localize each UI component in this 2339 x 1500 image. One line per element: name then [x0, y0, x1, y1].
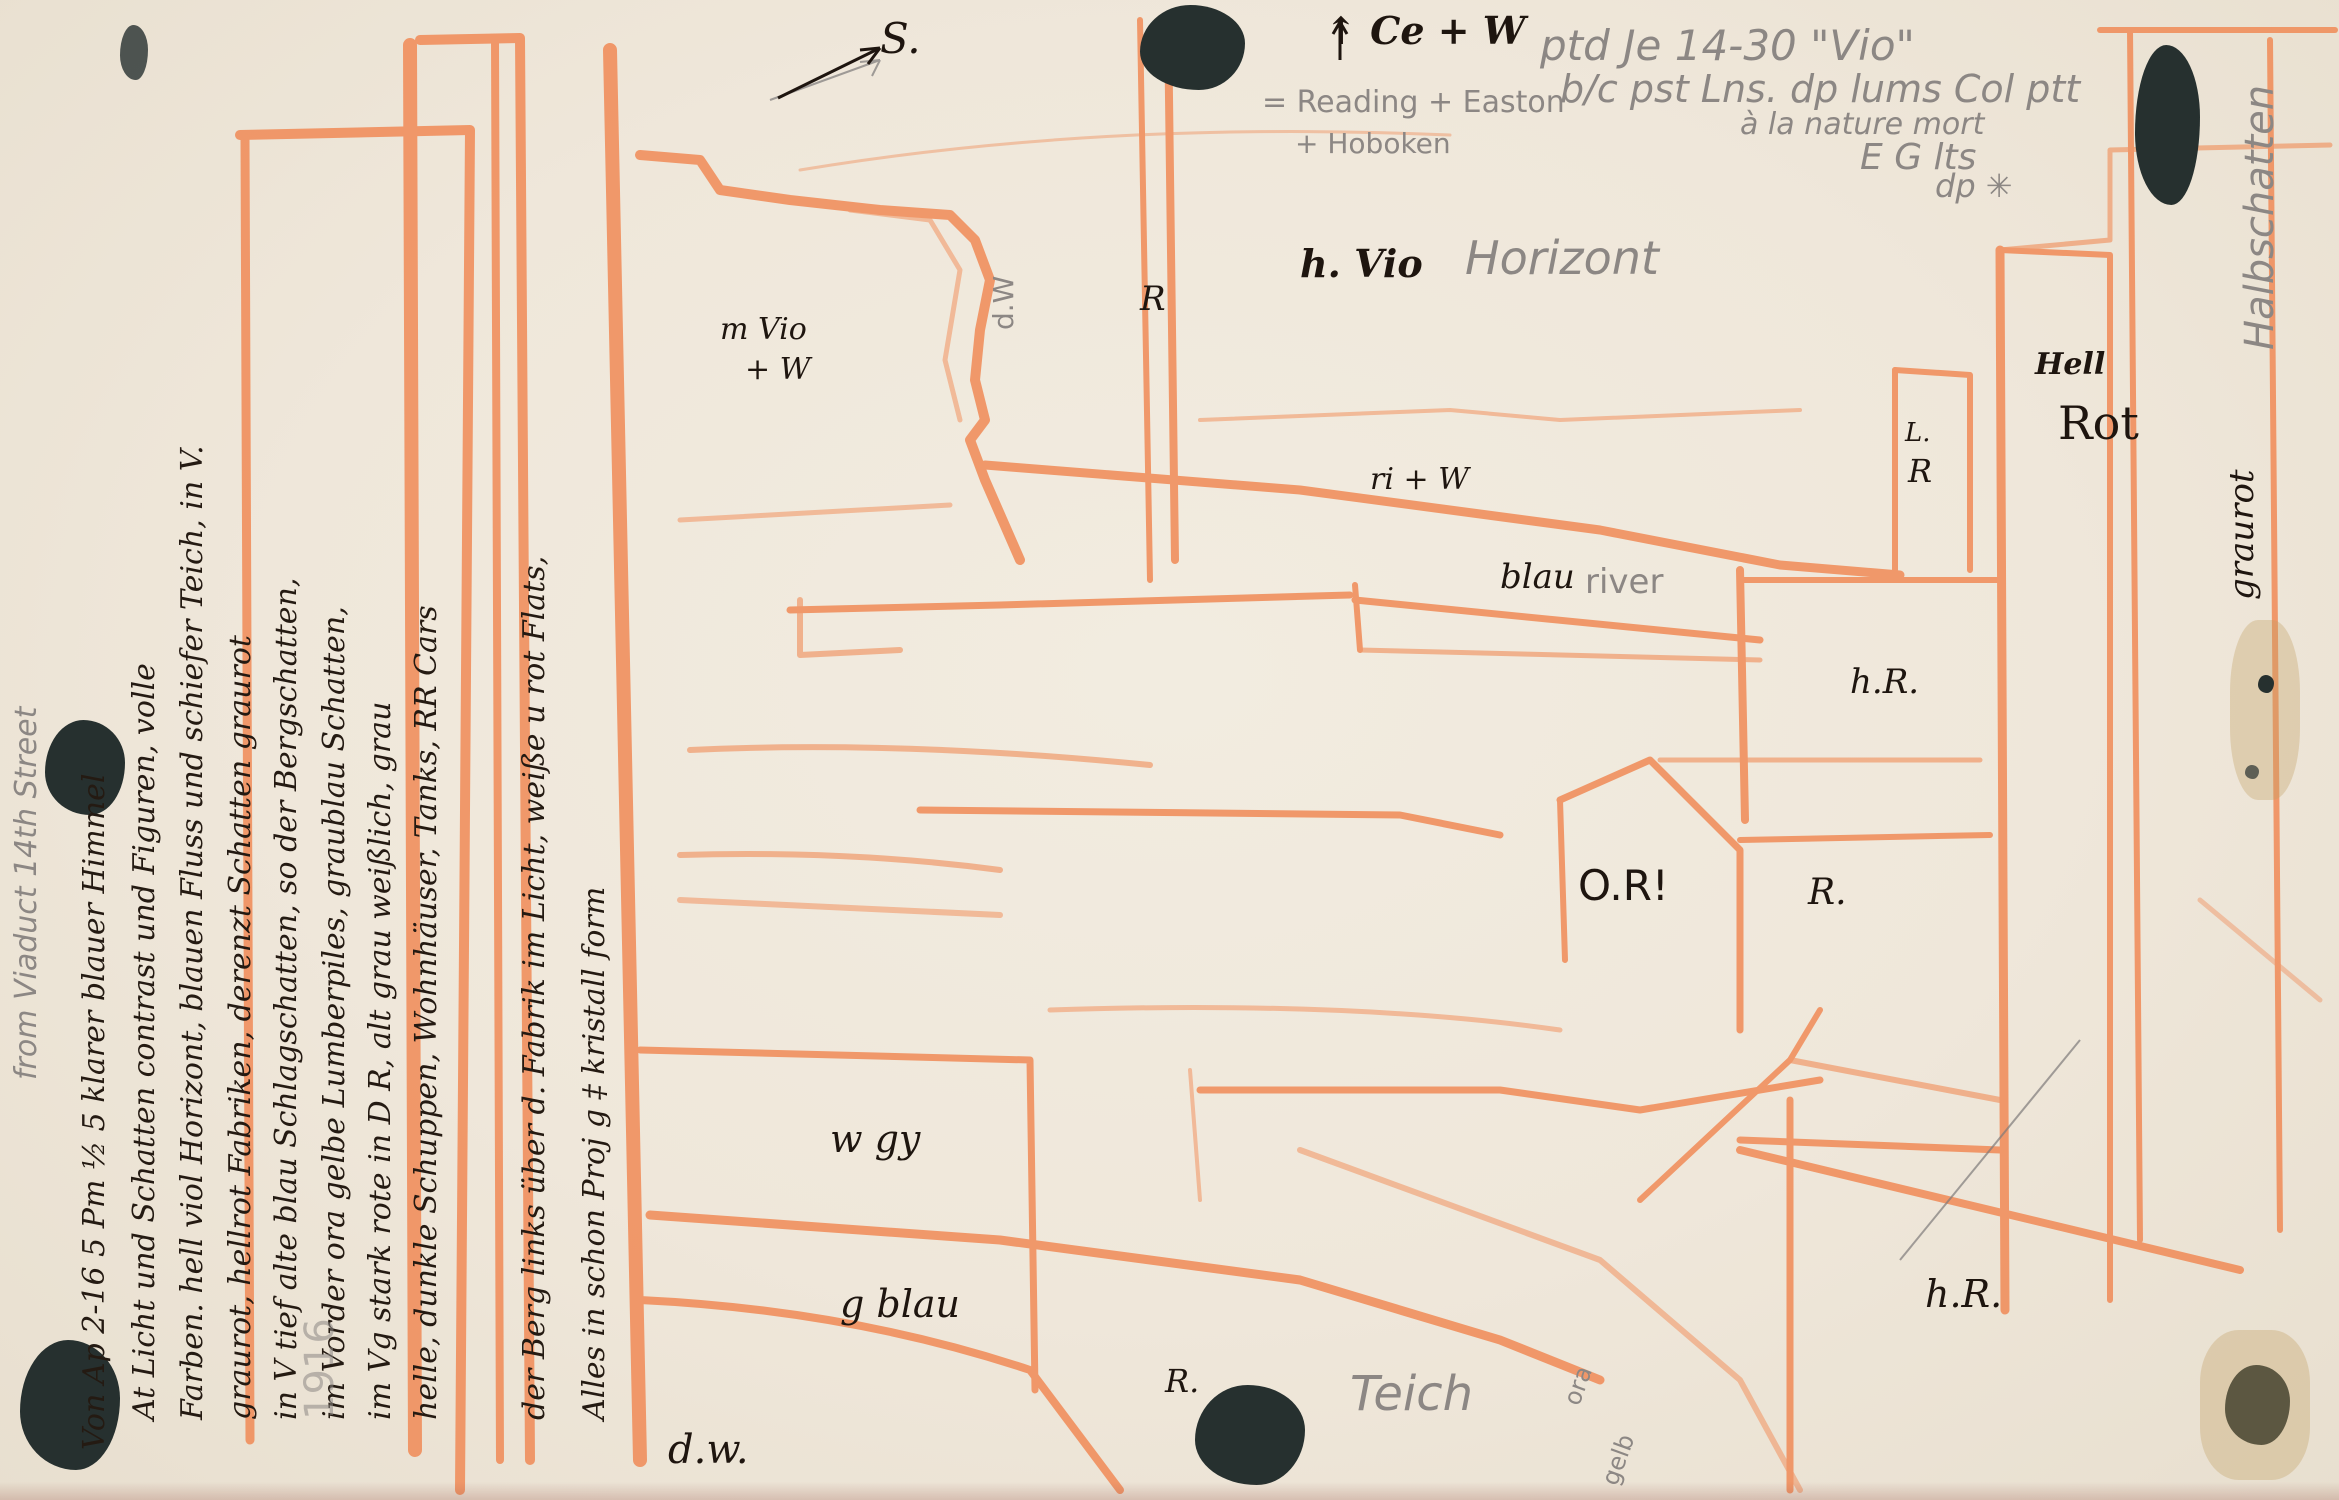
label-h-vio: h. Vio: [1300, 245, 1423, 283]
pencil-note-2: b/c pst Lns. dp lums Col ptt: [1560, 70, 2080, 108]
label-r-column: R: [1140, 282, 1166, 316]
margin-pencil-year: 1916: [300, 1318, 340, 1420]
label-rot: Rot: [2058, 400, 2139, 446]
label-l: L.: [1905, 420, 1931, 446]
label-l-r: R: [1908, 455, 1932, 487]
margin-note-line: Alles in schon Proj g ‡ kristall form: [580, 887, 610, 1420]
ink-blot: [120, 25, 148, 80]
paper-stain: [2230, 620, 2300, 800]
label-river: river: [1585, 565, 1663, 599]
margin-note-line: Farben. hell viol Horizont, blauen Fluss…: [178, 445, 208, 1420]
label-graurot: graurot: [2225, 469, 2259, 600]
ink-blot: [1140, 5, 1245, 90]
label-hell: Hell: [2035, 350, 2105, 380]
margin-note-line: im Vg stark rote in D R, alt grau weißli…: [366, 702, 396, 1420]
margin-note-line: im Vorder ora gelbe Lumberpiles, graubla…: [320, 606, 350, 1420]
label-r-mid: R.: [1808, 875, 1847, 911]
margin-note-line: graurot, hellrot Fabriken, derenzt Schat…: [226, 635, 256, 1420]
pencil-note-5: dp ✳: [1935, 170, 2013, 202]
label-halbschatten: Halbschatten: [2240, 85, 2280, 350]
margin-note-line: in V tief alte blau Schlagschatten, so d…: [272, 578, 302, 1420]
pencil-note-1: ptd Je 14-30 "Vio": [1540, 25, 1915, 67]
sketch-card: S. ↑ Ce + W = Reading + Easton + Hoboken…: [0, 0, 2339, 1500]
reading-note-2: + Hoboken: [1295, 130, 1451, 158]
ink-dot: [2245, 765, 2259, 779]
label-teich: Teich: [1350, 1370, 1473, 1418]
margin-note-line: At Licht und Schatten contrast und Figur…: [130, 663, 160, 1420]
margin-note-line: Von Ap 2-16 5 Pm ½ 5 klarer blauer Himme…: [80, 774, 110, 1450]
label-w-gy: w gy: [830, 1120, 920, 1158]
label-side-pencil: d.W: [990, 276, 1018, 330]
ink-dot: [2258, 675, 2274, 693]
north-label: ↑ Ce + W: [1325, 12, 1525, 50]
margin-note-line: der Berg links über d. Fabrik im Licht, …: [520, 556, 550, 1420]
label-h-r-lower: h.R.: [1925, 1275, 2002, 1313]
label-blau: blau: [1500, 560, 1575, 594]
margin-pencil-title: from Viaduct 14th Street: [12, 707, 42, 1080]
label-ri-w: ri + W: [1370, 465, 1469, 495]
label-g-blau: g blau: [840, 1285, 960, 1323]
label-d-w: d.w.: [668, 1430, 749, 1470]
label-r-bottom: R.: [1165, 1365, 1199, 1397]
label-plus-w: + W: [745, 355, 811, 385]
paper-stain: [2200, 1330, 2310, 1480]
margin-note-line: helle, dunkle Schuppen, Wohnhäuser, Tank…: [412, 605, 442, 1420]
south-label: S.: [880, 18, 921, 60]
label-m-vio: m Vio: [720, 315, 807, 345]
ink-blot: [1195, 1385, 1305, 1485]
ink-blot: [2135, 45, 2200, 205]
label-o-r: O.R!: [1578, 865, 1669, 907]
pencil-note-3: à la nature mort: [1740, 110, 1984, 140]
reading-note-1: = Reading + Easton: [1262, 88, 1565, 118]
label-h-r-upper: h.R.: [1850, 665, 1919, 699]
label-horizont: Horizont: [1465, 235, 1659, 281]
